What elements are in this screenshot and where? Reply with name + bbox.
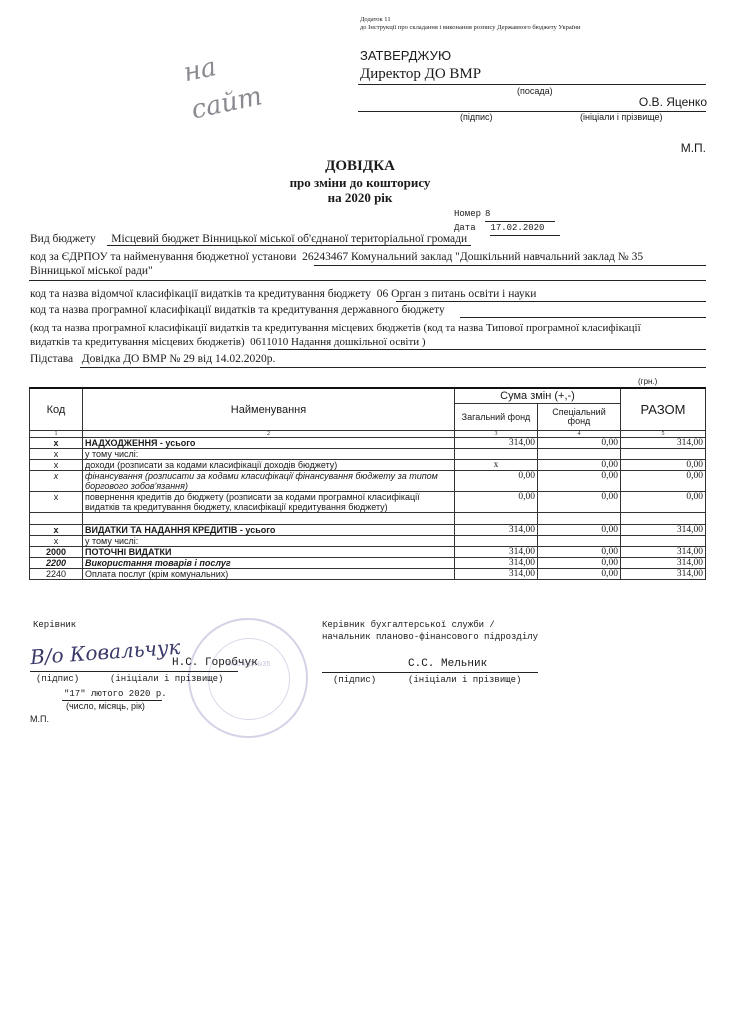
table-row: xу тому числі:	[30, 449, 706, 460]
row-total: 0,00	[621, 492, 706, 513]
row-code: x	[30, 492, 83, 513]
head-name-caption: (ініціали і прізвище)	[110, 674, 223, 684]
row-name: доходи (розписати за кодами класифікації…	[83, 460, 455, 471]
local-program-value: 0611010 Надання дошкільної освіти )	[250, 336, 425, 348]
table-row: 2240Оплата послуг (крім комунальних)314,…	[30, 569, 706, 580]
table-row: 2200Використання товарів і послуг314,000…	[30, 558, 706, 569]
column-number: 5	[621, 431, 706, 438]
row-special-fund	[538, 536, 621, 547]
row-total: 0,00	[621, 460, 706, 471]
row-special-fund: 0,00	[538, 558, 621, 569]
bottom-seal-label: М.П.	[30, 714, 49, 724]
accountant-signature-caption: (підпис)	[333, 675, 376, 685]
row-code: x	[30, 525, 83, 536]
row-general-fund: 314,00	[455, 525, 538, 536]
table-row: xфінансування (розписати за кодами класи…	[30, 471, 706, 492]
document-date: 17.02.2020	[490, 222, 560, 236]
accountant-label-1: Керівник бухгалтерської служби /	[322, 620, 495, 630]
header-special-fund: Спеціальний фонд	[538, 404, 621, 431]
row-special-fund: 0,00	[538, 438, 621, 449]
budget-type-value: Місцевий бюджет Вінницької міської об'єд…	[107, 233, 471, 246]
row-general-fund	[455, 536, 538, 547]
table-row: xу тому числі:	[30, 536, 706, 547]
header-general-fund: Загальний фонд	[455, 404, 538, 431]
row-code: 2200	[30, 558, 83, 569]
row-special-fund: 0,00	[538, 525, 621, 536]
local-program-underline	[268, 349, 706, 350]
row-name	[83, 513, 455, 525]
edrpou-label: код за ЄДРПОУ та найменування бюджетної …	[30, 251, 296, 263]
state-program-underline	[460, 317, 706, 318]
table-row: xповернення кредитів до бюджету (розписа…	[30, 492, 706, 513]
row-code: x	[30, 460, 83, 471]
row-special-fund: 0,00	[538, 471, 621, 492]
row-general-fund	[455, 449, 538, 460]
column-number: 2	[83, 431, 455, 438]
row-code: x	[30, 449, 83, 460]
row-general-fund: 314,00	[455, 558, 538, 569]
header-sum-changes: Сума змін (+,-)	[455, 388, 621, 404]
row-name: НАДХОДЖЕННЯ - усього	[83, 438, 455, 449]
column-number: 3	[455, 431, 538, 438]
row-code: 2000	[30, 547, 83, 558]
table-row: xНАДХОДЖЕННЯ - усього314,000,00314,00	[30, 438, 706, 449]
accountant-name: С.С. Мельник	[408, 658, 487, 670]
local-program-label-1: (код та назва програмної класифікації ви…	[30, 321, 641, 335]
row-special-fund: 0,00	[538, 460, 621, 471]
number-label: Номер	[454, 209, 481, 219]
budget-type-field: Вид бюджету Місцевий бюджет Вінницької м…	[30, 232, 471, 246]
table-row: 2000ПОТОЧНІ ВИДАТКИ314,000,00314,00	[30, 547, 706, 558]
position-caption: (посада)	[517, 86, 553, 96]
accountant-name-caption: (ініціали і прізвище)	[408, 675, 521, 685]
head-label: Керівник	[33, 620, 76, 630]
row-general-fund: x	[455, 460, 538, 471]
edrpou-value-line-2: Вінницької міської ради"	[30, 264, 153, 278]
head-name: Н.С. Горобчук	[172, 657, 258, 669]
currency-label: (грн.)	[638, 377, 657, 386]
row-total: 314,00	[621, 438, 706, 449]
basis-label: Підстава	[30, 353, 73, 365]
basis-value: Довідка ДО ВМР № 29 від 14.02.2020р.	[82, 353, 276, 365]
row-total: 0,00	[621, 471, 706, 492]
signature-caption: (підпис)	[460, 112, 493, 122]
row-code	[30, 513, 83, 525]
row-name: ВИДАТКИ ТА НАДАННЯ КРЕДИТІВ - усього	[83, 525, 455, 536]
row-name: повернення кредитів до бюджету (розписат…	[83, 492, 455, 513]
row-code: x	[30, 471, 83, 492]
row-name: фінансування (розписати за кодами класиф…	[83, 471, 455, 492]
row-general-fund: 0,00	[455, 492, 538, 513]
row-total: 314,00	[621, 547, 706, 558]
head-signature-caption: (підпис)	[36, 674, 79, 684]
state-program-field: код та назва програмної класифікації вид…	[30, 303, 445, 317]
row-special-fund: 0,00	[538, 547, 621, 558]
row-general-fund	[455, 513, 538, 525]
row-special-fund	[538, 513, 621, 525]
budget-type-label: Вид бюджету	[30, 233, 96, 245]
dept-class-field: код та назва відомчої класифікації видат…	[30, 287, 536, 301]
edrpou-field: код за ЄДРПОУ та найменування бюджетної …	[30, 250, 643, 264]
row-general-fund: 314,00	[455, 438, 538, 449]
header-code: Код	[30, 388, 83, 431]
row-special-fund	[538, 449, 621, 460]
row-general-fund: 314,00	[455, 547, 538, 558]
edrpou-value-line-1: 26243467 Комунальний заклад "Дошкільний …	[302, 251, 643, 263]
name-caption: (ініціали і прізвище)	[580, 112, 663, 122]
dept-class-underline	[396, 301, 706, 302]
row-total	[621, 449, 706, 460]
handwritten-note: на сайт	[180, 40, 266, 129]
row-code: x	[30, 536, 83, 547]
row-code: 2240	[30, 569, 83, 580]
estimate-changes-table: Код Найменування Сума змін (+,-) РАЗОМ З…	[29, 387, 706, 580]
edrpou-underline-2	[29, 280, 706, 281]
header-total: РАЗОМ	[621, 388, 706, 431]
row-name: у тому числі:	[83, 536, 455, 547]
position-underline	[358, 84, 706, 85]
appendix-line-2: до Інструкції про складання і виконання …	[360, 24, 581, 32]
row-code: x	[30, 438, 83, 449]
date-caption: (число, місяць, рік)	[66, 701, 145, 711]
document-title: ДОВІДКА про зміни до кошторису на 2020 р…	[200, 158, 520, 205]
row-general-fund: 0,00	[455, 471, 538, 492]
row-total	[621, 513, 706, 525]
row-name: Оплата послуг (крім комунальних)	[83, 569, 455, 580]
row-name: у тому числі:	[83, 449, 455, 460]
head-handwritten-signature: В/о Ковальчук	[29, 635, 181, 669]
title-main: ДОВІДКА	[200, 158, 520, 175]
head-sign-date: "17" лютого 2020 р.	[64, 689, 167, 699]
edrpou-underline-1	[314, 265, 706, 266]
document-number: 8	[485, 208, 555, 222]
local-program-label-2: видатків та кредитування місцевих бюджет…	[30, 336, 245, 348]
table-row: xВИДАТКИ ТА НАДАННЯ КРЕДИТІВ - усього314…	[30, 525, 706, 536]
approver-position: Директор ДО ВМР	[360, 66, 481, 83]
basis-field: Підстава Довідка ДО ВМР № 29 від 14.02.2…	[30, 352, 275, 366]
row-special-fund: 0,00	[538, 569, 621, 580]
head-signature-line	[30, 671, 238, 672]
row-total: 314,00	[621, 569, 706, 580]
row-total	[621, 536, 706, 547]
row-special-fund: 0,00	[538, 492, 621, 513]
dept-class-label: код та назва відомчої класифікації видат…	[30, 288, 371, 300]
column-numbers-row: 1 2 3 4 5	[30, 431, 706, 438]
accountant-label-2: начальник планово-фінансового підрозділу	[322, 632, 538, 642]
column-number: 1	[30, 431, 83, 438]
row-total: 314,00	[621, 525, 706, 536]
table-row: xдоходи (розписати за кодами класифікаці…	[30, 460, 706, 471]
row-name: ПОТОЧНІ ВИДАТКИ	[83, 547, 455, 558]
approver-name: О.В. Яценко	[639, 95, 707, 109]
title-sub-2: на 2020 рік	[200, 190, 520, 205]
table-row	[30, 513, 706, 525]
row-total: 314,00	[621, 558, 706, 569]
row-general-fund: 314,00	[455, 569, 538, 580]
column-number: 4	[538, 431, 621, 438]
approve-label: ЗАТВЕРДЖУЮ	[360, 48, 451, 63]
state-program-label: код та назва програмної класифікації вид…	[30, 304, 445, 316]
row-name: Використання товарів і послуг	[83, 558, 455, 569]
dept-class-value: 06 Орган з питань освіти і науки	[377, 288, 537, 300]
appendix-reference: Додаток 11 до Інструкції про складання і…	[360, 16, 581, 32]
header-name: Найменування	[83, 388, 455, 431]
title-sub-1: про зміни до кошторису	[200, 175, 520, 190]
accountant-signature-line	[322, 672, 538, 673]
seal-label: М.П.	[681, 141, 706, 155]
local-program-field: видатків та кредитування місцевих бюджет…	[30, 335, 426, 349]
basis-underline	[80, 367, 706, 368]
appendix-line-1: Додаток 11	[360, 16, 581, 24]
